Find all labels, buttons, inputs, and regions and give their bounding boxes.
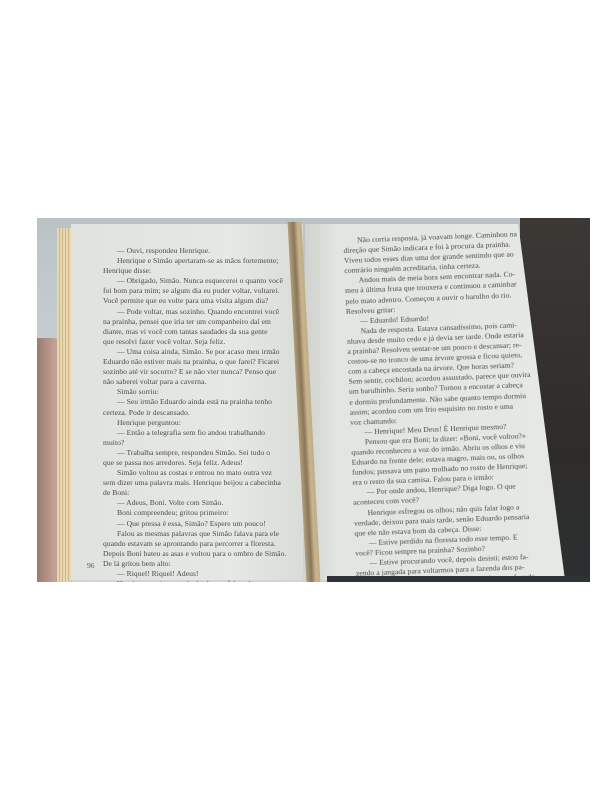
- text-line: — Uma coisa ainda, Simão. Se por acaso m…: [103, 347, 303, 357]
- text-line: não saberei voltar para a caverna.: [103, 377, 303, 387]
- text-line: — Então a telegrafia sem fio andou traba…: [103, 428, 303, 438]
- text-line: Simão sorriu:: [103, 387, 303, 397]
- left-page-text: — Ouvi, respondeu Henrique.Henrique e Si…: [103, 246, 303, 582]
- text-line: quando estavam se aprontando para percor…: [103, 539, 303, 549]
- left-page: — Ouvi, respondeu Henrique.Henrique e Si…: [71, 224, 303, 580]
- page-number: 96: [87, 561, 95, 570]
- text-line: — Obrigado, Simão. Nunca esquecerei o qu…: [103, 276, 303, 286]
- text-line: Falou as mesmas palavras que Simão falav…: [103, 529, 303, 539]
- text-line: — Adeus, Boni. Volte com Simão.: [103, 498, 303, 508]
- text-line: Henrique perguntou:: [103, 418, 303, 428]
- text-line: sozinho até vir socorro? E se não vier n…: [103, 367, 303, 377]
- text-line: — Riquel! Riquel! Adeus!: [103, 569, 303, 579]
- text-line: foi bom para mim; se algum dia eu puder …: [103, 286, 303, 296]
- text-line: Você permite que eu volte para uma visit…: [103, 296, 303, 306]
- text-line: — Que pressa é essa, Simão? Espere um po…: [103, 519, 303, 529]
- text-line: — Seu irmão Eduardo ainda está na prainh…: [103, 397, 303, 407]
- text-line: que resolvi fazer você voltar. Seja feli…: [103, 337, 303, 347]
- text-line: Eduardo não estiver mais na prainha, o q…: [103, 357, 303, 367]
- text-line: — Trabalha sempre, respondeu Simão. Sei …: [103, 448, 303, 458]
- text-line: De lá gritou bem alto:: [103, 559, 303, 569]
- text-line: muito?: [103, 438, 303, 448]
- text-line: sem dizer uma palavra mais. Henrique bei…: [103, 478, 303, 488]
- text-line: Boni compreendeu; gritou primeiro:: [103, 508, 303, 518]
- text-line: na prainha, pensei que iria ter um compa…: [103, 317, 303, 327]
- text-line: Depois Boni bateu as asas e voltou para …: [103, 549, 303, 559]
- text-line: Simão voltou as costas e entrou no mato …: [103, 468, 303, 478]
- text-line: diante, mas vi você com tantas saudades …: [103, 327, 303, 337]
- book-photo: — Ouvi, respondeu Henrique.Henrique e Si…: [37, 218, 590, 582]
- text-line: Henrique sentiu vontade de chorar; falou…: [103, 579, 303, 582]
- cover-edge: [327, 576, 590, 582]
- text-line: — Pode voltar, mas sozinho. Quando encon…: [103, 307, 303, 317]
- text-line: certeza. Pode ir descansado.: [103, 408, 303, 418]
- text-line: que se passa nos arredores. Seja feliz. …: [103, 458, 303, 468]
- text-line: — Ouvi, respondeu Henrique.: [103, 246, 303, 256]
- text-line: de Boni:: [103, 488, 303, 498]
- text-line: Henrique e Simão apertaram-se as mãos fo…: [103, 256, 303, 266]
- text-line: Henrique disse:: [103, 266, 303, 276]
